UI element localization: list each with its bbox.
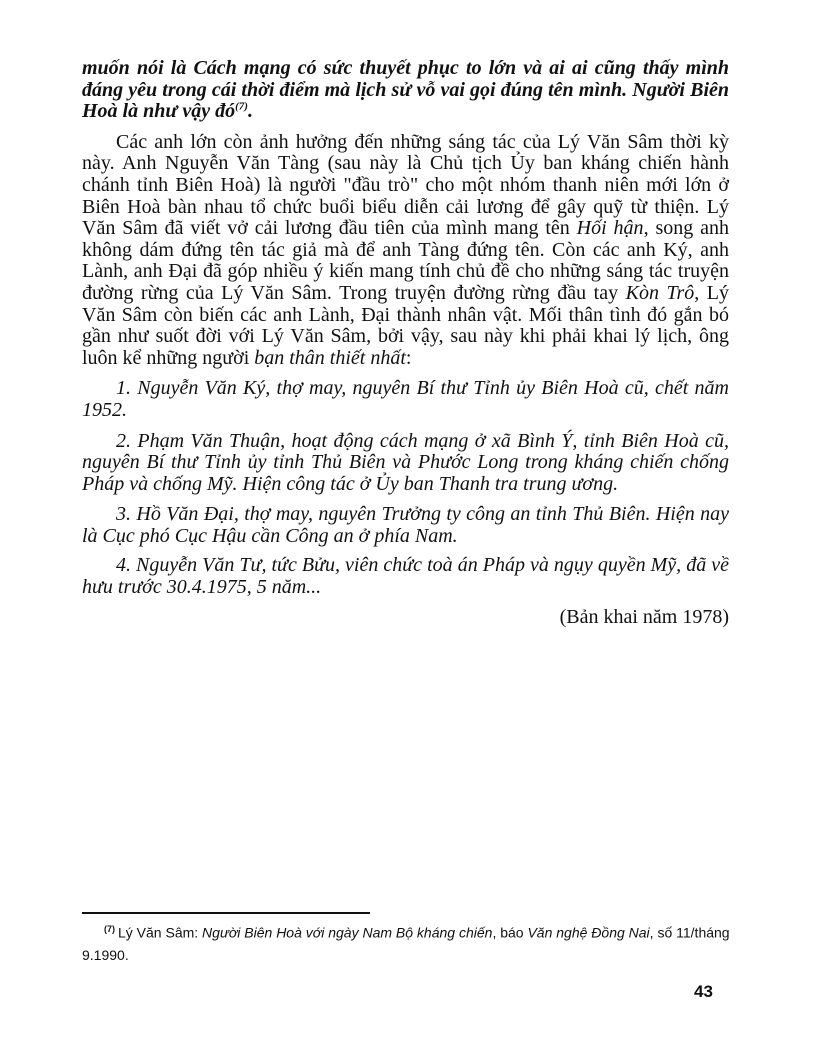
emphasis-text: bạn thân thiết nhất xyxy=(254,347,406,369)
page-body: muốn nói là Cách mạng có sức thuyết phục… xyxy=(82,58,729,628)
footnote-text: , báo xyxy=(492,925,527,941)
list-item: 2. Phạm Văn Thuận, hoạt động cách mạng ở… xyxy=(82,431,729,496)
quote-end: . xyxy=(248,100,253,122)
footnote-publication: Văn nghệ Đồng Nai xyxy=(527,925,649,941)
footnote: (7)Lý Văn Sâm: Người Biên Hoà với ngày N… xyxy=(82,918,732,966)
work-title: Kòn Trô xyxy=(626,282,695,304)
footnote-divider xyxy=(82,912,370,914)
footnote-reference[interactable]: (7) xyxy=(235,101,248,113)
body-paragraph: Các anh lớn còn ảnh hưởng đến những sáng… xyxy=(82,132,729,370)
paragraph-end: : xyxy=(406,347,412,369)
list-item: 1. Nguyễn Văn Ký, thợ may, nguyên Bí thư… xyxy=(82,378,729,421)
attribution: (Bản khai năm 1978) xyxy=(82,607,729,629)
work-title: Hối hận xyxy=(577,217,644,239)
list-item: 3. Hồ Văn Đại, thợ may, nguyên Trưởng ty… xyxy=(82,504,729,547)
page-number: 43 xyxy=(694,982,713,1002)
footnote-number: (7) xyxy=(104,924,115,934)
list-item: 4. Nguyễn Văn Tư, tức Bửu, viên chức toà… xyxy=(82,555,729,598)
quote-text: muốn nói là Cách mạng có sức thuyết phục… xyxy=(82,57,729,122)
quote-continuation: muốn nói là Cách mạng có sức thuyết phục… xyxy=(82,58,729,123)
footnote-author: Lý Văn Sâm: xyxy=(118,925,202,941)
footnote-title: Người Biên Hoà với ngày Nam Bộ kháng chi… xyxy=(202,925,492,941)
